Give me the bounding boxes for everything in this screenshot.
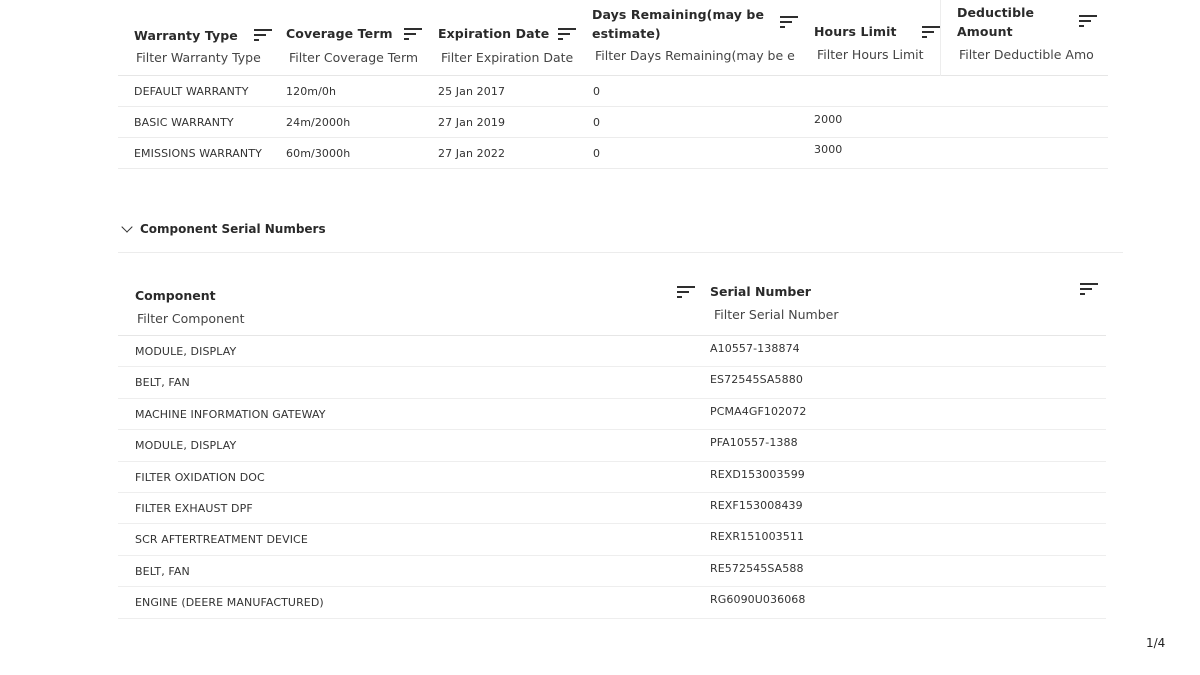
sort-icon[interactable] [677, 286, 695, 298]
cell-warranty-type: EMISSIONS WARRANTY [134, 147, 262, 160]
table-row[interactable]: BELT, FANRE572545SA588 [118, 556, 1106, 587]
column-coverage-term: Coverage Term [270, 0, 422, 76]
column-days-remaining: Days Remaining(may be estimate) [576, 0, 798, 76]
filter-serial-number-input[interactable] [714, 307, 1094, 322]
warranty-table-header: Warranty Type Coverage Term Expiration D… [118, 0, 1108, 76]
cell-component: MODULE, DISPLAY [135, 345, 236, 358]
filter-deductible-amount-input[interactable] [959, 47, 1099, 62]
cell-serial-number: PCMA4GF102072 [710, 405, 806, 418]
sort-icon[interactable] [1080, 283, 1098, 295]
column-title: Coverage Term [286, 24, 393, 43]
cell-coverage-term: 24m/2000h [286, 116, 350, 129]
cell-days-remaining: 0 [593, 116, 600, 129]
cell-component: ENGINE (DEERE MANUFACTURED) [135, 596, 324, 609]
sort-icon[interactable] [404, 28, 422, 40]
cell-warranty-type: DEFAULT WARRANTY [134, 85, 249, 98]
cell-serial-number: RG6090U036068 [710, 593, 806, 606]
warranty-table: Warranty Type Coverage Term Expiration D… [118, 0, 1108, 169]
component-table-body: MODULE, DISPLAYA10557-138874BELT, FANES7… [118, 336, 1106, 619]
cell-days-remaining: 0 [593, 85, 600, 98]
filter-days-remaining-input[interactable] [595, 48, 801, 63]
cell-serial-number: RE572545SA588 [710, 562, 804, 575]
table-row[interactable]: DEFAULT WARRANTY120m/0h25 Jan 20170 [118, 76, 1108, 107]
column-title-serial-number: Serial Number [710, 284, 811, 299]
component-serial-table: Component Serial Number MODULE, DISPLAYA… [118, 272, 1106, 619]
table-row[interactable]: EMISSIONS WARRANTY60m/3000h27 Jan 202203… [118, 138, 1108, 169]
filter-expiration-date-input[interactable] [441, 50, 583, 65]
cell-coverage-term: 120m/0h [286, 85, 336, 98]
component-serial-numbers-toggle[interactable]: Component Serial Numbers [119, 222, 326, 236]
column-title-component: Component [135, 288, 216, 303]
cell-serial-number: REXD153003599 [710, 468, 805, 481]
table-row[interactable]: MACHINE INFORMATION GATEWAYPCMA4GF102072 [118, 399, 1106, 430]
cell-component: FILTER OXIDATION DOC [135, 471, 265, 484]
cell-serial-number: PFA10557-1388 [710, 436, 798, 449]
cell-component: BELT, FAN [135, 565, 190, 578]
column-expiration-date: Expiration Date [422, 0, 576, 76]
table-row[interactable]: ENGINE (DEERE MANUFACTURED)RG6090U036068 [118, 587, 1106, 618]
column-title: Warranty Type [134, 26, 238, 45]
cell-expiration-date: 27 Jan 2019 [438, 116, 505, 129]
table-row[interactable]: FILTER OXIDATION DOCREXD153003599 [118, 462, 1106, 493]
cell-serial-number: A10557-138874 [710, 342, 800, 355]
table-row[interactable]: BASIC WARRANTY24m/2000h27 Jan 201902000 [118, 107, 1108, 138]
sort-icon[interactable] [558, 28, 576, 40]
cell-hours-limit: 2000 [814, 113, 842, 126]
column-hours-limit: Hours Limit [798, 0, 938, 76]
cell-component: FILTER EXHAUST DPF [135, 502, 253, 515]
column-title: Hours Limit [814, 22, 897, 41]
table-row[interactable]: MODULE, DISPLAYA10557-138874 [118, 336, 1106, 367]
cell-serial-number: ES72545SA5880 [710, 373, 803, 386]
warranty-table-body: DEFAULT WARRANTY120m/0h25 Jan 20170BASIC… [118, 76, 1108, 169]
cell-warranty-type: BASIC WARRANTY [134, 116, 234, 129]
cell-days-remaining: 0 [593, 147, 600, 160]
column-deductible-amount: Deductible Amount [940, 0, 1108, 76]
sort-icon[interactable] [922, 26, 940, 38]
cell-hours-limit: 3000 [814, 143, 842, 156]
filter-component-input[interactable] [137, 311, 517, 326]
filter-hours-limit-input[interactable] [817, 47, 943, 62]
column-title: Deductible Amount [957, 3, 1034, 41]
component-table-header: Component Serial Number [118, 272, 1106, 336]
filter-warranty-type-input[interactable] [136, 50, 276, 65]
table-row[interactable]: BELT, FANES72545SA5880 [118, 367, 1106, 398]
cell-component: MODULE, DISPLAY [135, 439, 236, 452]
page-indicator: 1/4 [1146, 636, 1165, 650]
column-title: Expiration Date [438, 24, 549, 43]
table-row[interactable]: SCR AFTERTREATMENT DEVICEREXR151003511 [118, 524, 1106, 555]
page: Warranty Type Coverage Term Expiration D… [0, 0, 1200, 675]
cell-component: BELT, FAN [135, 376, 190, 389]
cell-serial-number: REXR151003511 [710, 530, 804, 543]
cell-component: SCR AFTERTREATMENT DEVICE [135, 533, 308, 546]
table-row[interactable]: MODULE, DISPLAYPFA10557-1388 [118, 430, 1106, 461]
column-warranty-type: Warranty Type [118, 0, 270, 76]
divider [118, 252, 1123, 253]
cell-serial-number: REXF153008439 [710, 499, 803, 512]
column-title: Days Remaining(may be estimate) [592, 5, 764, 43]
sort-icon[interactable] [780, 16, 798, 28]
table-row[interactable]: FILTER EXHAUST DPFREXF153008439 [118, 493, 1106, 524]
chevron-down-icon [121, 221, 132, 232]
cell-coverage-term: 60m/3000h [286, 147, 350, 160]
sort-icon[interactable] [1079, 15, 1097, 27]
cell-component: MACHINE INFORMATION GATEWAY [135, 408, 326, 421]
cell-expiration-date: 25 Jan 2017 [438, 85, 505, 98]
section-title: Component Serial Numbers [140, 222, 326, 236]
filter-coverage-term-input[interactable] [289, 50, 429, 65]
cell-expiration-date: 27 Jan 2022 [438, 147, 505, 160]
